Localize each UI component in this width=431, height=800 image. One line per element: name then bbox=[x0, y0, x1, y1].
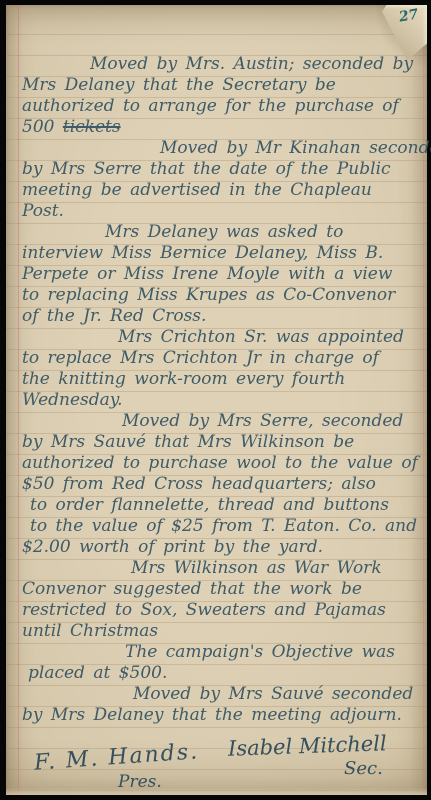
minutes-line: by Mrs Serre that the date of the Public bbox=[22, 159, 425, 180]
minutes-line: Moved by Mr Kinahan seconded bbox=[22, 138, 425, 159]
minutes-line: restricted to Sox, Sweaters and Pajamas bbox=[22, 600, 425, 621]
minutes-paragraph: Mrs Wilkinson as War WorkConvenor sugges… bbox=[22, 558, 425, 642]
minutes-line: Convenor suggested that the work be bbox=[22, 579, 425, 600]
minutes-line: Mrs Delaney was asked to bbox=[22, 222, 425, 243]
minutes-line: to replacing Miss Krupes as Co-Convenor bbox=[22, 285, 425, 306]
minutes-line: until Christmas bbox=[22, 621, 425, 642]
minutes-line: authorized to arrange for the purchase o… bbox=[22, 96, 425, 117]
minutes-line: Mrs Crichton Sr. was appointed bbox=[22, 327, 425, 348]
minutes-paragraph: The campaign's Objective wasplaced at $5… bbox=[22, 642, 425, 684]
minutes-line: Mrs Delaney that the Secretary be bbox=[22, 75, 425, 96]
president-title: Pres. bbox=[118, 772, 162, 792]
president-signature: F. M. Hands. bbox=[33, 739, 200, 775]
minutes-line: to the value of $25 from T. Eaton. Co. a… bbox=[22, 516, 425, 537]
minutes-line: Wednesday. bbox=[22, 390, 425, 411]
page-number: 27 bbox=[397, 6, 419, 25]
minutes-line: the knitting work-room every fourth bbox=[22, 369, 425, 390]
minutes-paragraph: Moved by Mrs Serre, secondedby Mrs Sauvé… bbox=[22, 411, 425, 558]
minutes-paragraph: Moved by Mr Kinahan secondedby Mrs Serre… bbox=[22, 138, 425, 222]
secretary-signature: Isabel Mitchell bbox=[228, 731, 387, 761]
document-photo: Moved by Mrs. Austin; seconded byMrs Del… bbox=[0, 0, 431, 800]
minutes-line: 500 tickets bbox=[22, 117, 425, 138]
minutes-line: Post. bbox=[22, 201, 425, 222]
minutes-line: to order flannelette, thread and buttons bbox=[22, 495, 425, 516]
minutes-paragraph: Moved by Mrs. Austin; seconded byMrs Del… bbox=[22, 54, 425, 138]
minutes-line: by Mrs Sauvé that Mrs Wilkinson be bbox=[22, 432, 425, 453]
minutes-line-text: to order flannelette, thread and buttons bbox=[30, 495, 389, 515]
notebook-page: Moved by Mrs. Austin; seconded byMrs Del… bbox=[6, 5, 427, 795]
minutes-line-text: placed at $500. bbox=[28, 663, 167, 683]
minutes-line: The campaign's Objective was bbox=[22, 642, 425, 663]
minutes-line: authorized to purchase wool to the value… bbox=[22, 453, 425, 474]
secretary-title: Sec. bbox=[344, 758, 383, 779]
minutes-line: $50 from Red Cross headquarters; also bbox=[22, 474, 425, 495]
minutes-line-text: to the value of $25 from T. Eaton. Co. a… bbox=[30, 516, 417, 536]
minutes-line: of the Jr. Red Cross. bbox=[22, 306, 425, 327]
minutes-line: Mrs Wilkinson as War Work bbox=[22, 558, 425, 579]
minutes-line: by Mrs Delaney that the meeting adjourn. bbox=[22, 705, 425, 726]
minutes-paragraph: Mrs Crichton Sr. was appointedto replace… bbox=[22, 327, 425, 411]
minutes-line: Moved by Mrs Serre, seconded bbox=[22, 411, 425, 432]
left-margin-line bbox=[18, 5, 19, 795]
minutes-line: interview Miss Bernice Delaney, Miss B. bbox=[22, 243, 425, 264]
minutes-line: meeting be advertised in the Chapleau bbox=[22, 180, 425, 201]
minutes-line: placed at $500. bbox=[22, 663, 425, 684]
minutes-paragraph: Mrs Delaney was asked tointerview Miss B… bbox=[22, 222, 425, 327]
minutes-line: Moved by Mrs Sauvé seconded bbox=[22, 684, 425, 705]
minutes-line: Perpete or Miss Irene Moyle with a view bbox=[22, 264, 425, 285]
minutes-line: Moved by Mrs. Austin; seconded by bbox=[22, 54, 425, 75]
minutes-line-text: 500 bbox=[22, 117, 63, 137]
struck-word: tickets bbox=[63, 117, 121, 137]
minutes-paragraph: Moved by Mrs Sauvé secondedby Mrs Delane… bbox=[22, 684, 425, 726]
minutes-body: Moved by Mrs. Austin; seconded byMrs Del… bbox=[22, 54, 425, 726]
minutes-line: to replace Mrs Crichton Jr in charge of bbox=[22, 348, 425, 369]
minutes-line: $2.00 worth of print by the yard. bbox=[22, 537, 425, 558]
